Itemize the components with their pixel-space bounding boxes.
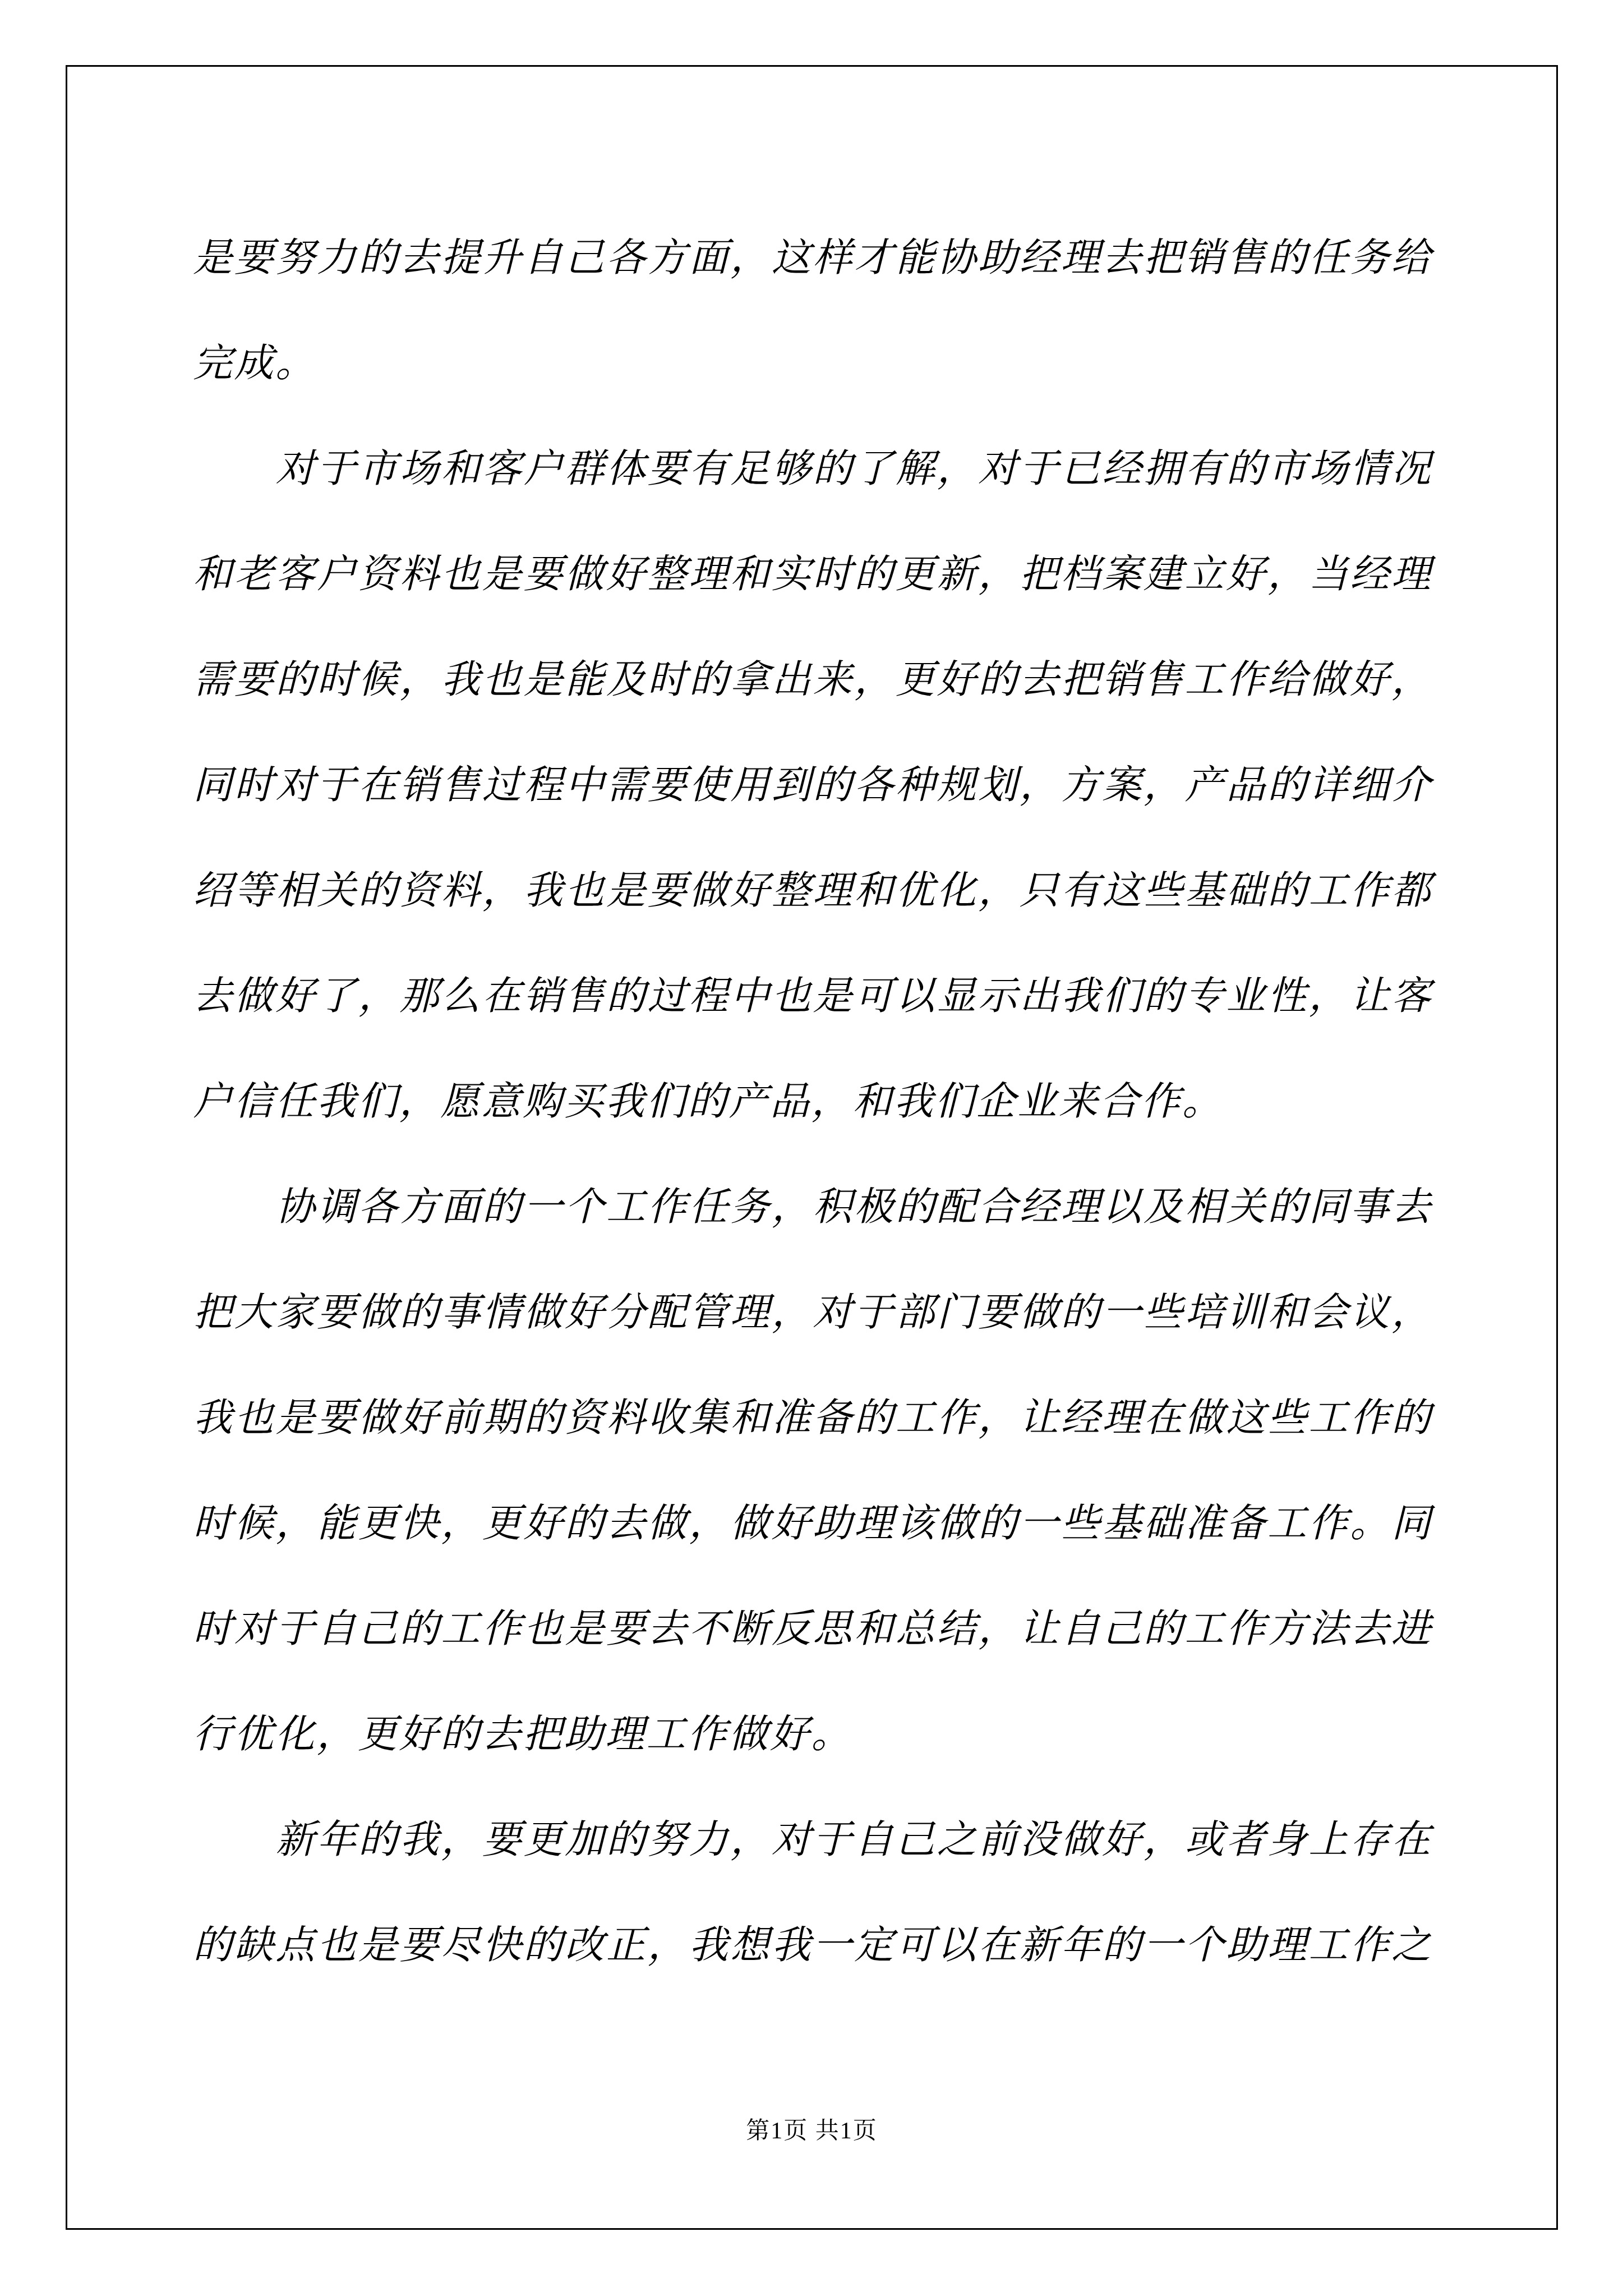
text-line: 的缺点也是要尽快的改正，我想我一定可以在新年的一个助理工作之 [193,1893,1431,1999]
text-line: 行优化，更好的去把助理工作做好。 [193,1682,1431,1788]
page-border-frame: 是要努力的去提升自己各方面，这样才能协助经理去把销售的任务给 完成。 对于市场和… [66,65,1558,2230]
text-line: 把大家要做的事情做好分配管理，对于部门要做的一些培训和会议， [193,1260,1431,1366]
text-line: 时候，能更快，更好的去做，做好助理该做的一些基础准备工作。同 [193,1471,1431,1577]
text-line: 和老客户资料也是要做好整理和实时的更新，把档案建立好，当经理 [193,522,1431,628]
text-line: 绍等相关的资料，我也是要做好整理和优化，只有这些基础的工作都 [193,839,1431,944]
document-page: 是要努力的去提升自己各方面，这样才能协助经理去把销售的任务给 完成。 对于市场和… [0,0,1623,2296]
text-line: 时对于自己的工作也是要去不断反思和总结，让自己的工作方法去进 [193,1577,1431,1682]
text-line: 协调各方面的一个工作任务，积极的配合经理以及相关的同事去 [193,1155,1431,1260]
text-line: 去做好了，那么在销售的过程中也是可以显示出我们的专业性，让客 [193,944,1431,1050]
text-line: 新年的我，要更加的努力，对于自己之前没做好，或者身上存在 [193,1788,1431,1893]
text-line: 完成。 [193,311,1431,417]
document-body: 是要努力的去提升自己各方面，这样才能协助经理去把销售的任务给 完成。 对于市场和… [67,67,1556,1999]
text-line: 我也是要做好前期的资料收集和准备的工作，让经理在做这些工作的 [193,1366,1431,1471]
text-line: 是要努力的去提升自己各方面，这样才能协助经理去把销售的任务给 [193,206,1431,311]
text-line: 对于市场和客户群体要有足够的了解，对于已经拥有的市场情况 [193,417,1431,522]
text-line: 户信任我们，愿意购买我们的产品，和我们企业来合作。 [193,1050,1431,1155]
page-footer: 第1页 共1页 [67,2117,1556,2145]
text-line: 同时对于在销售过程中需要使用到的各种规划，方案，产品的详细介 [193,733,1431,839]
text-line: 需要的时候，我也是能及时的拿出来，更好的去把销售工作给做好， [193,628,1431,733]
